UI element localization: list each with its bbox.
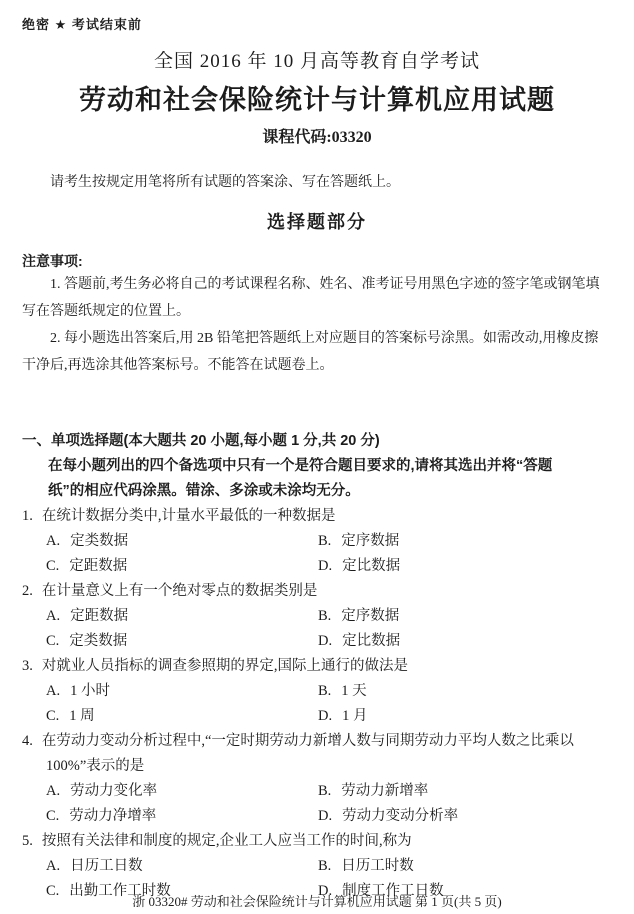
option: A.劳动力变化率 (46, 779, 318, 804)
option-text: 1 周 (69, 708, 94, 724)
question-number: 5. (22, 833, 33, 849)
question-stem: 2.在计量意义上有一个绝对零点的数据类别是 (22, 579, 612, 604)
option-text: 定比数据 (342, 558, 400, 574)
option: D.劳动力变动分析率 (318, 804, 612, 829)
question-number: 1. (22, 508, 33, 524)
option-label: D. (318, 808, 332, 824)
question-options: A.定距数据 B.定序数据 C.定类数据 D.定比数据 (46, 604, 612, 654)
option-label: B. (318, 608, 331, 624)
option-label: A. (46, 683, 60, 699)
option-text: 定比数据 (342, 633, 400, 649)
question-stem: 1.在统计数据分类中,计量水平最低的一种数据是 (22, 504, 612, 529)
option-text: 劳动力净增率 (69, 808, 156, 824)
question-options: A.劳动力变化率 B.劳动力新增率 C.劳动力净增率 D.劳动力变动分析率 (46, 779, 612, 829)
option: A.定类数据 (46, 529, 318, 554)
option-text: 定序数据 (341, 533, 399, 549)
option: D.1 月 (318, 704, 612, 729)
page-title: 劳动和社会保险统计与计算机应用试题 (22, 78, 612, 117)
option: A.1 小时 (46, 679, 318, 704)
course-code: 课程代码:03320 (22, 124, 612, 147)
question: 4.在劳动力变动分析过程中,“一定时期劳动力新增人数与同期劳动力平均人数之比乘以… (22, 729, 612, 829)
option: C.定距数据 (46, 554, 318, 579)
exam-session-title: 全国 2016 年 10 月高等教育自学考试 (22, 46, 612, 73)
question-stem-text: 在计量意义上有一个绝对零点的数据类别是 (42, 583, 318, 599)
option-label: A. (46, 533, 60, 549)
option-text: 1 月 (342, 708, 367, 724)
option-text: 日历工时数 (341, 858, 414, 874)
question-stem-text: 在统计数据分类中,计量水平最低的一种数据是 (42, 508, 336, 524)
question-options: A.1 小时 B.1 天 C.1 周 D.1 月 (46, 679, 612, 729)
option-label: B. (318, 858, 331, 874)
question-number: 4. (22, 733, 33, 749)
option-label: D. (318, 633, 332, 649)
question-stem-text: 在劳动力变动分析过程中,“一定时期劳动力新增人数与同期劳动力平均人数之比乘以 1… (42, 733, 574, 774)
option-text: 劳动力变化率 (70, 783, 157, 799)
option: B.定序数据 (318, 529, 612, 554)
notes-title: 注意事项: (22, 251, 612, 271)
option-text: 定类数据 (70, 533, 128, 549)
part-one-instruction: 在每小题列出的四个备选项中只有一个是符合题目要求的,请将其选出并将“答题纸”的相… (48, 454, 588, 504)
option-text: 1 小时 (70, 683, 110, 699)
option-label: A. (46, 858, 60, 874)
option: B.定序数据 (318, 604, 612, 629)
option-text: 1 天 (341, 683, 366, 699)
option: D.定比数据 (318, 629, 612, 654)
page-footer: 浙 03320# 劳动和社会保险统计与计算机应用试题 第 1 页(共 5 页) (0, 891, 634, 910)
question-number: 2. (22, 583, 33, 599)
option-label: D. (318, 708, 332, 724)
option-label: C. (46, 808, 59, 824)
option-text: 劳动力新增率 (341, 783, 428, 799)
option: B.日历工时数 (318, 854, 612, 879)
question-options: A.定类数据 B.定序数据 C.定距数据 D.定比数据 (46, 529, 612, 579)
question: 3.对就业人员指标的调查参照期的界定,国际上通行的做法是 A.1 小时 B.1 … (22, 654, 612, 729)
question: 2.在计量意义上有一个绝对零点的数据类别是 A.定距数据 B.定序数据 C.定类… (22, 579, 612, 654)
option: C.定类数据 (46, 629, 318, 654)
question-stem-text: 对就业人员指标的调查参照期的界定,国际上通行的做法是 (42, 658, 408, 674)
option-text: 劳动力变动分析率 (342, 808, 458, 824)
option-text: 定距数据 (70, 608, 128, 624)
exam-page: 绝密 ★ 考试结束前 全国 2016 年 10 月高等教育自学考试 劳动和社会保… (0, 0, 634, 914)
question-stem: 5.按照有关法律和制度的规定,企业工人应当工作的时间,称为 (22, 829, 612, 854)
answer-notice: 请考生按规定用笔将所有试题的答案涂、写在答题纸上。 (22, 171, 612, 191)
option-text: 定序数据 (341, 608, 399, 624)
option-label: D. (318, 558, 332, 574)
option-label: C. (46, 708, 59, 724)
option-text: 定距数据 (69, 558, 127, 574)
option-label: B. (318, 533, 331, 549)
option: C.1 周 (46, 704, 318, 729)
option: D.定比数据 (318, 554, 612, 579)
part-one-heading: 一、单项选择题(本大题共 20 小题,每小题 1 分,共 20 分) (22, 429, 612, 454)
option: B.劳动力新增率 (318, 779, 612, 804)
option-label: B. (318, 683, 331, 699)
option-text: 定类数据 (69, 633, 127, 649)
note-item: 2. 每小题选出答案后,用 2B 铅笔把答题纸上对应题目的答案标号涂黑。如需改动… (22, 325, 612, 379)
question-stem-text: 按照有关法律和制度的规定,企业工人应当工作的时间,称为 (42, 833, 412, 849)
question-stem: 3.对就业人员指标的调查参照期的界定,国际上通行的做法是 (22, 654, 612, 679)
option: A.日历工日数 (46, 854, 318, 879)
option-label: A. (46, 608, 60, 624)
option-label: A. (46, 783, 60, 799)
question-stem: 4.在劳动力变动分析过程中,“一定时期劳动力新增人数与同期劳动力平均人数之比乘以… (22, 729, 612, 779)
question-number: 3. (22, 658, 33, 674)
note-item: 1. 答题前,考生务必将自己的考试课程名称、姓名、准考证号用黑色字迹的签字笔或钢… (22, 271, 612, 325)
option-label: C. (46, 558, 59, 574)
option: A.定距数据 (46, 604, 318, 629)
option: B.1 天 (318, 679, 612, 704)
secrecy-label: 绝密 ★ 考试结束前 (22, 14, 612, 33)
option: C.劳动力净增率 (46, 804, 318, 829)
option-text: 日历工日数 (70, 858, 143, 874)
option-label: C. (46, 633, 59, 649)
section-title: 选择题部分 (22, 208, 612, 234)
question: 1.在统计数据分类中,计量水平最低的一种数据是 A.定类数据 B.定序数据 C.… (22, 504, 612, 579)
option-label: B. (318, 783, 331, 799)
